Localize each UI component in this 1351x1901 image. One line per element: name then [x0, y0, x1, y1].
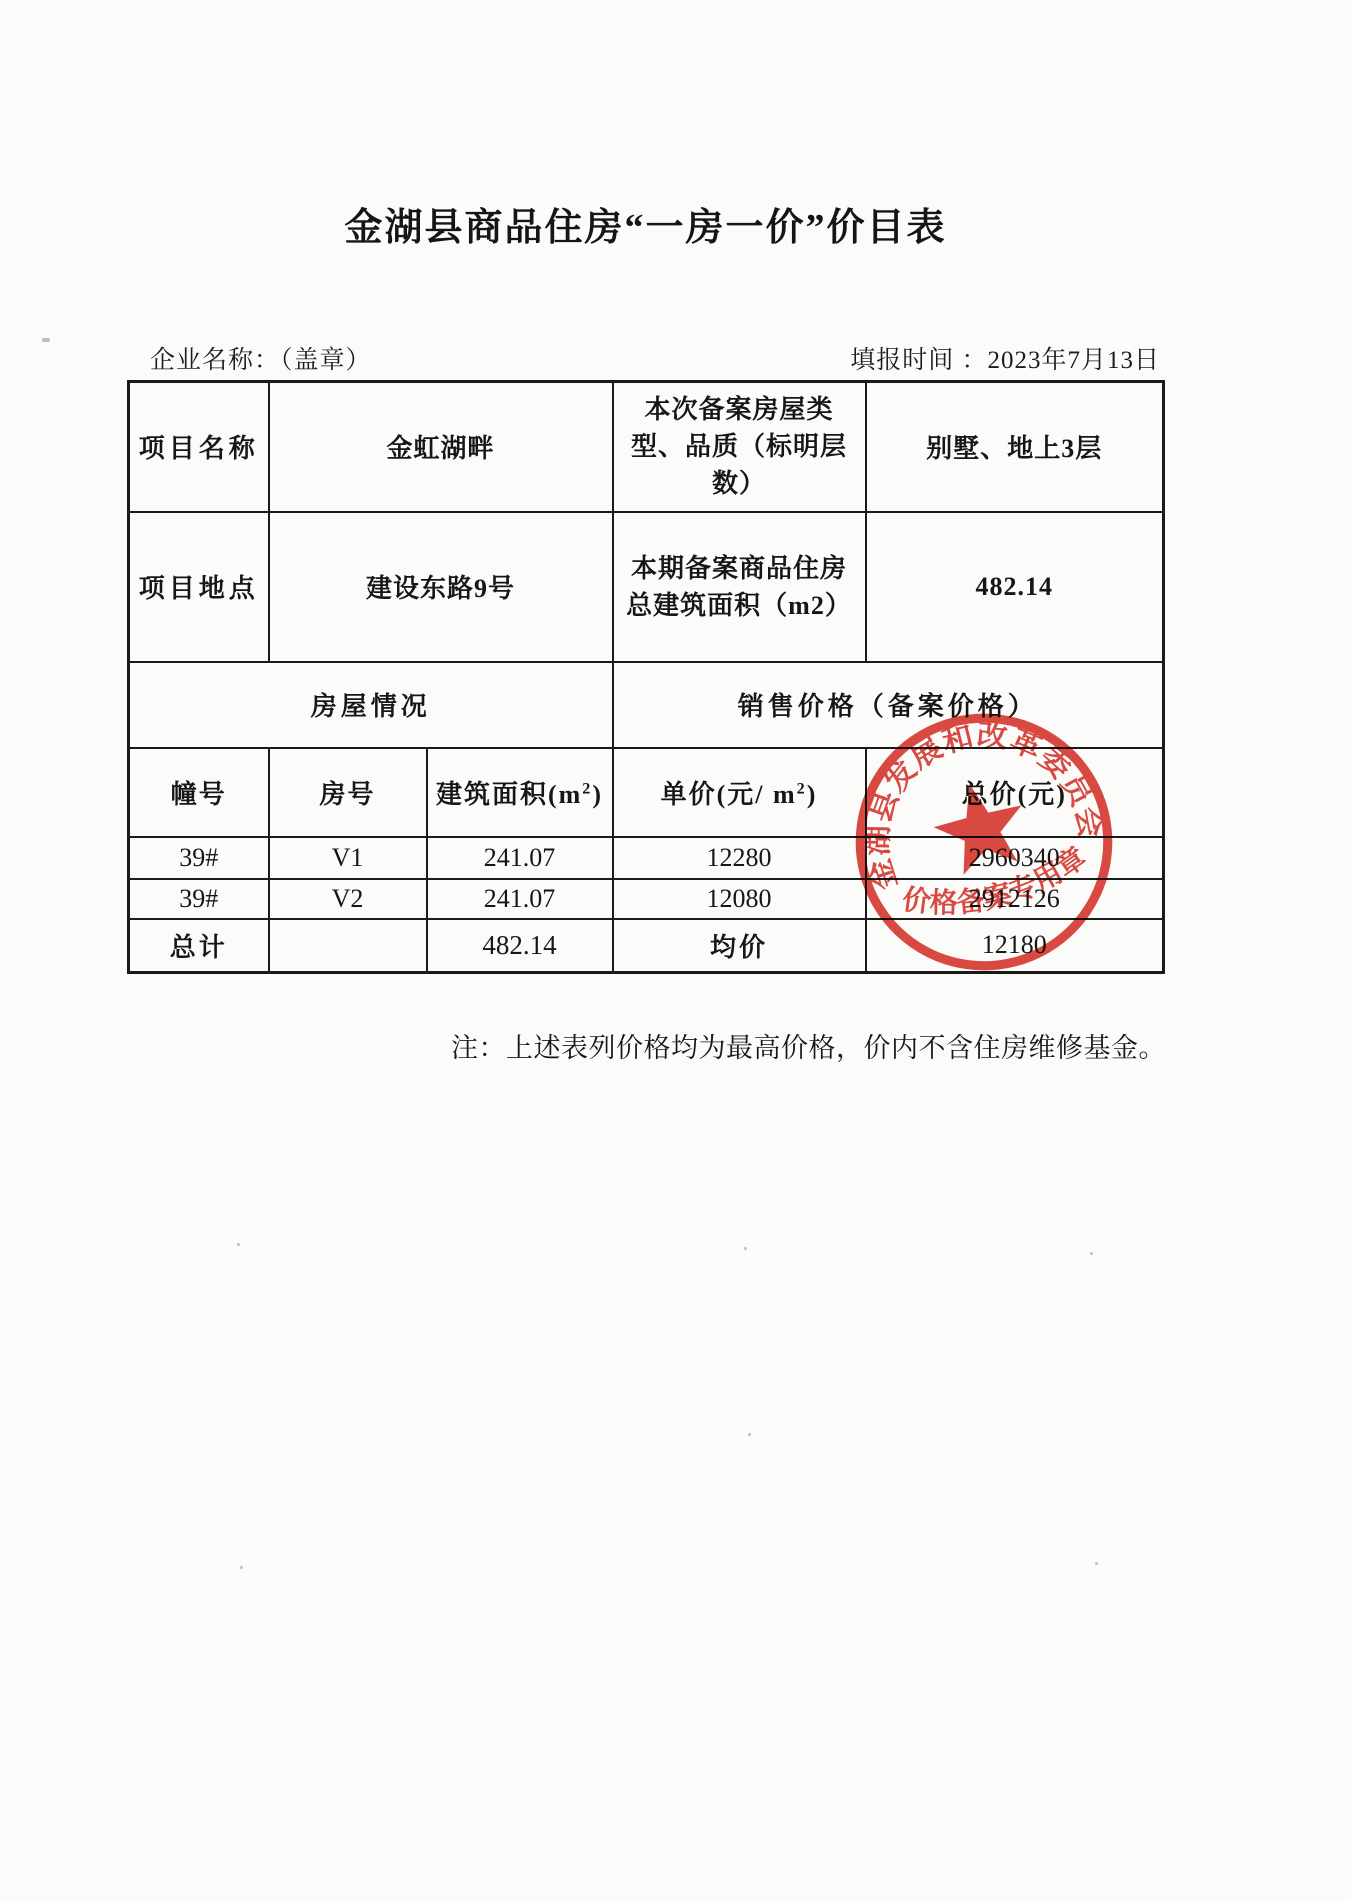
- project-address-label: 项目地点: [129, 512, 269, 662]
- average-price-value: 12180: [866, 919, 1164, 973]
- project-address-value: 建设东路9号: [269, 512, 613, 662]
- table-row: 项目地点 建设东路9号 本期备案商品住房总建筑面积（m2） 482.14: [129, 512, 1164, 662]
- header-text: 总价(元): [962, 780, 1067, 809]
- cell-unit-price: 12280: [613, 837, 866, 879]
- table-row: 项目名称 金虹湖畔 本次备案房屋类型、品质（标明层数） 别墅、地上3层: [129, 382, 1164, 512]
- table-total-row: 总计 482.14 均价 12180: [129, 919, 1164, 973]
- scan-speck: [1090, 1252, 1093, 1255]
- cell-total-price: 2960340: [866, 837, 1164, 879]
- header-text: 幢号: [171, 780, 227, 809]
- note-text: 注：上述表列价格均为最高价格，价内不含住房维修基金。: [451, 1026, 1166, 1065]
- header-sup: 2: [797, 780, 807, 797]
- header-text: ): [592, 780, 603, 809]
- cell-area: 241.07: [427, 837, 613, 879]
- housing-type-value: 别墅、地上3层: [866, 382, 1164, 512]
- header-sup: 2: [582, 780, 592, 797]
- scan-speck: [237, 1243, 240, 1246]
- scan-speck: [42, 338, 50, 342]
- report-time-label: 填报时间 ：2023年7月13日: [850, 340, 1162, 376]
- header-text: ): [807, 780, 818, 809]
- info-line: 企业名称：（盖章） 填报时间 ：2023年7月13日: [127, 340, 1162, 376]
- cell-total-price: 2912126: [866, 879, 1164, 919]
- building-no-header: 幢号: [129, 748, 269, 837]
- average-price-label: 均价: [613, 919, 866, 973]
- total-area: 482.14: [427, 919, 613, 973]
- project-name-value: 金虹湖畔: [269, 382, 613, 512]
- section-sale-price: 销售价格（备案价格）: [613, 662, 1164, 748]
- table-row: 房屋情况 销售价格（备案价格）: [129, 662, 1164, 748]
- table-row: 39# V2 241.07 12080 2912126: [129, 879, 1164, 919]
- cell-room-no: V1: [269, 837, 427, 879]
- cell-unit-price: 12080: [613, 879, 866, 919]
- cell-area: 241.07: [427, 879, 613, 919]
- page-container: 金湖县商品住房“一房一价”价目表 企业名称：（盖章） 填报时间 ：2023年7月…: [0, 0, 1351, 1901]
- cell-building-no: 39#: [129, 879, 269, 919]
- cell-room-no: V2: [269, 879, 427, 919]
- cell-building-no: 39#: [129, 837, 269, 879]
- total-label: 总计: [129, 919, 269, 973]
- floor-area-value: 482.14: [866, 512, 1164, 662]
- table-header-row: 幢号 房号 建筑面积(m2) 单价(元/ m2) 总价(元): [129, 748, 1164, 837]
- floor-area-label: 本期备案商品住房总建筑面积（m2）: [613, 512, 866, 662]
- section-housing-info: 房屋情况: [129, 662, 613, 748]
- header-text: 建筑面积(m: [436, 780, 582, 809]
- project-name-label: 项目名称: [129, 382, 269, 512]
- total-room-empty: [269, 919, 427, 973]
- registration-table: 项目名称 金虹湖畔 本次备案房屋类型、品质（标明层数） 别墅、地上3层 项目地点…: [127, 380, 1165, 974]
- total-price-header: 总价(元): [866, 748, 1164, 837]
- document-title: 金湖县商品住房“一房一价”价目表: [0, 196, 1291, 251]
- scan-speck: [1095, 1562, 1098, 1565]
- scan-speck: [748, 1433, 751, 1436]
- housing-type-label: 本次备案房屋类型、品质（标明层数）: [613, 382, 866, 512]
- header-text: 单价(元/ m: [661, 780, 797, 809]
- table-row: 39# V1 241.07 12280 2960340: [129, 837, 1164, 879]
- area-header: 建筑面积(m2): [427, 748, 613, 837]
- header-text: 房号: [319, 780, 375, 809]
- scan-speck: [744, 1247, 747, 1250]
- company-name-label: 企业名称：（盖章）: [127, 340, 372, 376]
- room-no-header: 房号: [269, 748, 427, 837]
- unit-price-header: 单价(元/ m2): [613, 748, 866, 837]
- scan-speck: [240, 1566, 243, 1569]
